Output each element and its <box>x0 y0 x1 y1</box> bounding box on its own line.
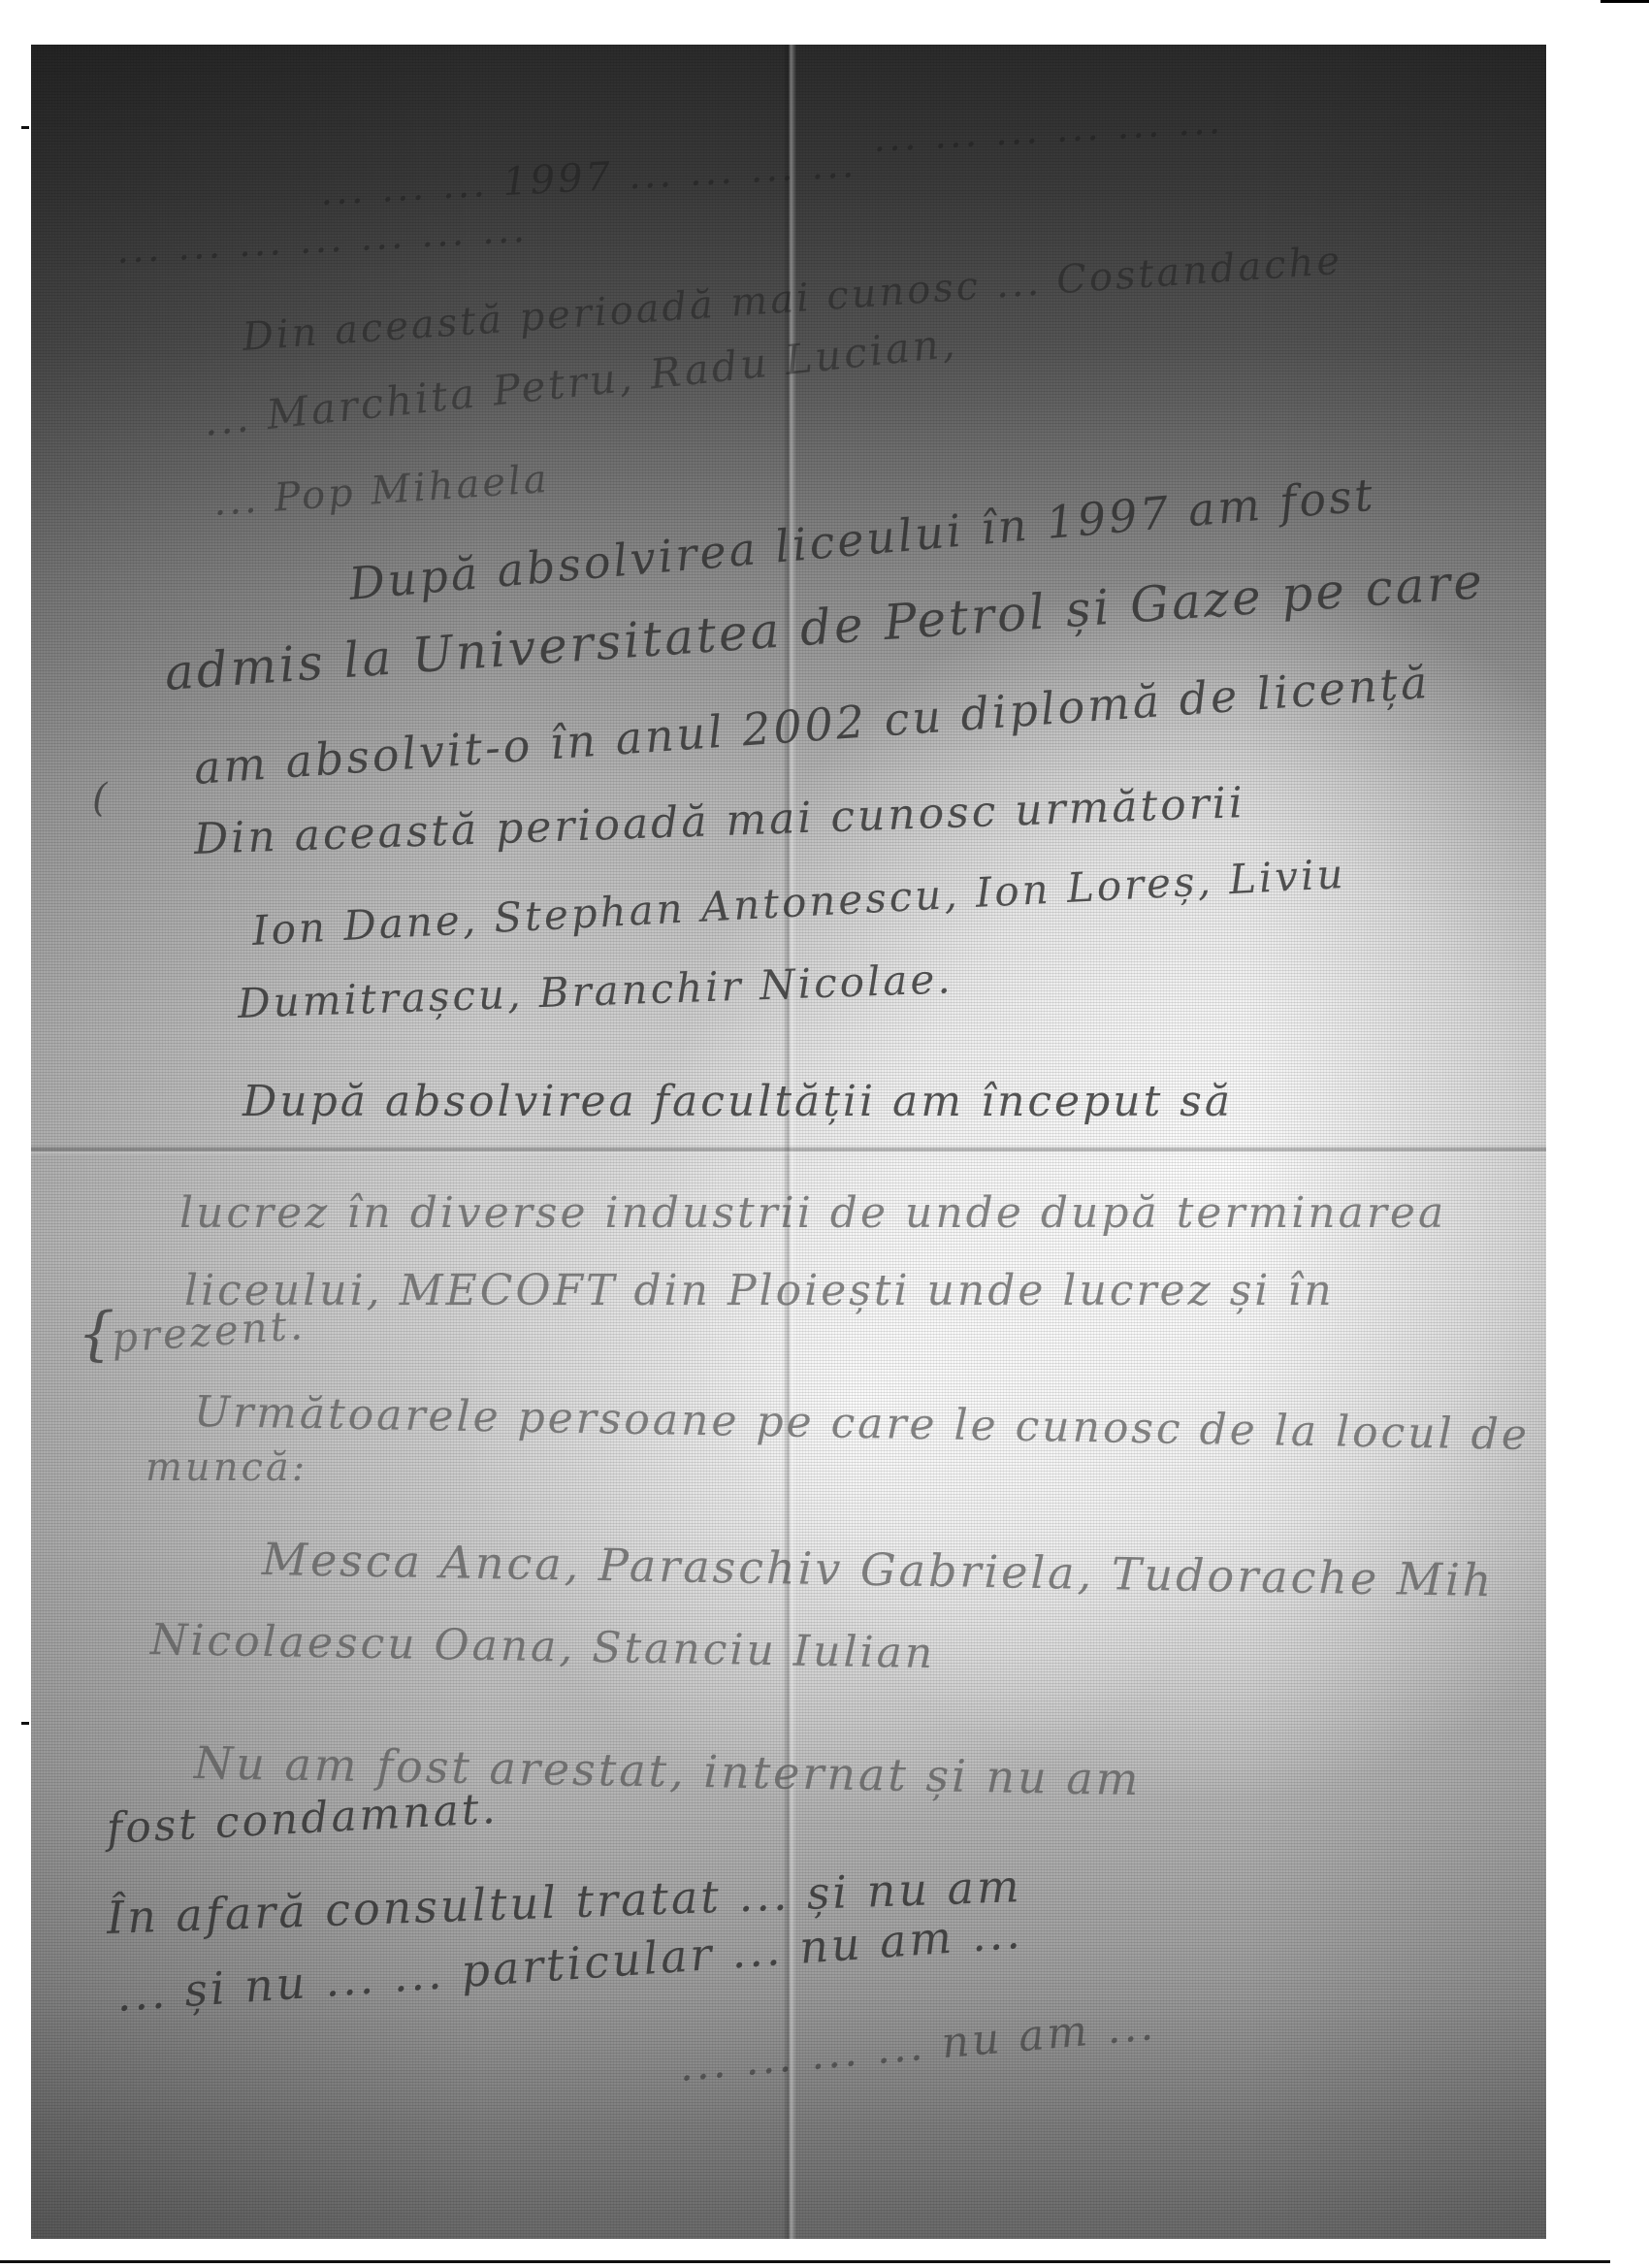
handwritten-line: Din această perioadă mai cunosc următori… <box>193 778 1246 864</box>
handwritten-line: ... ... ... ... nu am ... <box>677 2000 1158 2091</box>
handwritten-line: Ion Dane, Stephan Antonescu, Ion Loreș, … <box>251 850 1347 955</box>
handwritten-line: Dumitrașcu, Branchir Nicolae. <box>237 955 954 1027</box>
scanned-page: ... ... ... ... ... ...... ... ... 1997 … <box>31 45 1546 2239</box>
scan-bottom-border <box>0 2260 1610 2263</box>
handwritten-line: Nicolaescu Oana, Stanciu Iulian <box>150 1615 936 1678</box>
scan-edge-mark <box>1600 0 1649 3</box>
handwritten-line: fost condamnat. <box>106 1784 500 1854</box>
handwritten-line: lucrez în diverse industrii de unde după… <box>179 1188 1446 1238</box>
margin-tick-mark <box>21 126 29 129</box>
handwritten-line: liceului, MECOFT din Ploiești unde lucre… <box>184 1266 1335 1315</box>
margin-tick-mark <box>21 1722 29 1725</box>
handwritten-line: muncă: <box>145 1445 307 1490</box>
handwritten-line: ... ... ... 1997 ... ... ... ... <box>319 142 857 214</box>
handwritten-line: După absolvirea facultății am început să <box>242 1077 1233 1126</box>
handwritten-line: Mesca Anca, Paraschiv Gabriela, Tudorach… <box>262 1533 1495 1606</box>
handwritten-line: ... ... ... ... ... ... ... <box>115 207 529 273</box>
handwritten-line: prezent. <box>110 1301 307 1362</box>
margin-bracket-mark: ( <box>92 776 108 821</box>
margin-bracket-mark: { <box>78 1300 114 1368</box>
handwritten-line: ... ... ... ... ... ... <box>872 98 1224 161</box>
horizontal-fold-crease <box>31 1146 1546 1155</box>
handwritten-line: Următoarele persoane pe care le cunosc d… <box>194 1387 1531 1460</box>
handwritten-line: ... Pop Mihaela <box>211 457 551 525</box>
